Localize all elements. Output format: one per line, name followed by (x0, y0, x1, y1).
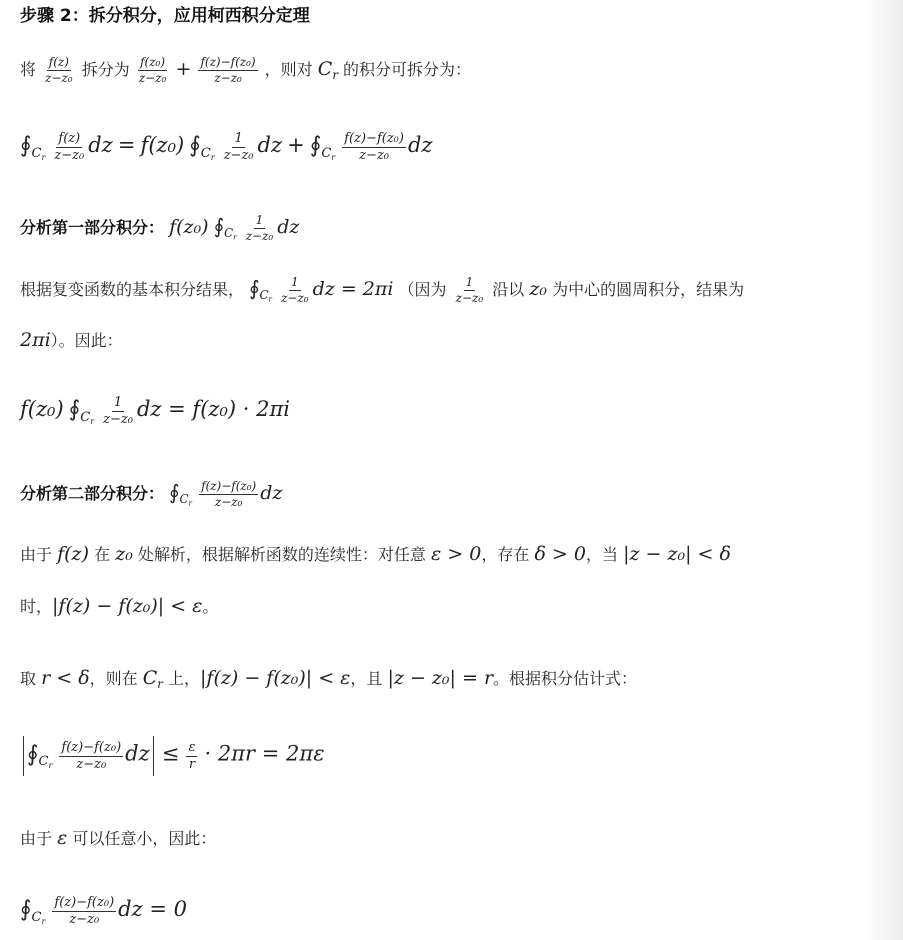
fraction: 1z−z₀ (101, 396, 135, 427)
fraction: f(z)−f(z₀)z−z₀ (199, 480, 258, 509)
fraction: 1z−z₀ (244, 214, 276, 243)
part2-heading: 分析第二部分积分： ∮Cr f(z)−f(z₀)z−z₀dz (20, 480, 282, 516)
fraction: 1z−z₀ (454, 276, 486, 305)
fraction: 1z−z₀ (222, 132, 256, 163)
contour-integral-icon: ∮ (249, 276, 259, 300)
fraction: f(z)−f(z₀)z−z₀ (342, 132, 406, 163)
contour-integral-icon: ∮ (69, 397, 81, 422)
equation-split-integral: ∮Cr f(z)z−z₀dz = f(z₀) ∮Cr 1z−z₀dz + ∮Cr… (20, 132, 432, 169)
text: ，则对 (265, 60, 313, 79)
text: 拆分为 (82, 60, 130, 79)
paragraph-basic-integral: 根据复变函数的基本积分结果， ∮Cr 1z−z₀dz = 2πi （因为 1z−… (20, 276, 744, 312)
fraction: f(z₀)z−z₀ (137, 56, 169, 85)
paragraph-continuity: 由于 f(z) 在 z₀ 处解析，根据解析函数的连续性：对任意 ε > 0，存在… (20, 542, 731, 567)
paragraph-split: 将 f(z)z−z₀ 拆分为 f(z₀)z−z₀ + f(z)−f(z₀)z−z… (20, 56, 471, 87)
contour-integral-icon: ∮ (20, 897, 32, 922)
scroll-edge-shade (863, 0, 903, 940)
contour-integral-icon: ∮ (169, 480, 179, 504)
contour-integral-icon: ∮ (310, 133, 322, 158)
abs-bar-right (153, 736, 154, 776)
fraction: f(z)−f(z₀)z−z₀ (198, 56, 257, 85)
fraction: εr (186, 741, 197, 772)
contour-integral-icon: ∮ (20, 133, 32, 158)
paragraph-continuity-line2: 时，|f(z) − f(z₀)| < ε。 (20, 594, 218, 619)
fraction: 1z−z₀ (279, 276, 311, 305)
fraction: f(z)z−z₀ (52, 132, 86, 163)
contour-integral-icon: ∮ (27, 742, 39, 767)
fraction: f(z)−f(z₀)z−z₀ (52, 896, 116, 927)
plus-sign: + (175, 58, 191, 80)
section-heading: 步骤 2：拆分积分，应用柯西积分定理 (20, 4, 310, 28)
paragraph-basic-integral-line2: 2πi）。因此： (20, 328, 123, 353)
math-curve: Cr (318, 58, 338, 80)
fraction: f(z)−f(z₀)z−z₀ (59, 741, 123, 772)
text: 将 (20, 60, 36, 79)
abs-bar-left (23, 736, 24, 776)
text: 的积分可拆分为： (343, 60, 471, 79)
paragraph-estimate: 取 r < δ，则在 Cr 上，|f(z) − f(z₀)| < ε，且 |z … (20, 666, 637, 696)
part1-heading: 分析第一部分积分： f(z₀) ∮Cr 1z−z₀dz (20, 214, 299, 250)
contour-integral-icon: ∮ (189, 133, 201, 158)
paragraph-epsilon: 由于 ε 可以任意小，因此： (20, 826, 216, 851)
equation-part2-zero: ∮Cr f(z)−f(z₀)z−z₀dz = 0 (20, 896, 187, 933)
contour-integral-icon: ∮ (214, 214, 224, 238)
equation-estimate: ∮Cr f(z)−f(z₀)z−z₀dz ≤ εr · 2πr = 2πε (20, 736, 324, 778)
equation-part1-result: f(z₀) ∮Cr 1z−z₀dz = f(z₀) · 2πi (20, 396, 290, 433)
fraction: f(z)z−z₀ (43, 56, 75, 85)
